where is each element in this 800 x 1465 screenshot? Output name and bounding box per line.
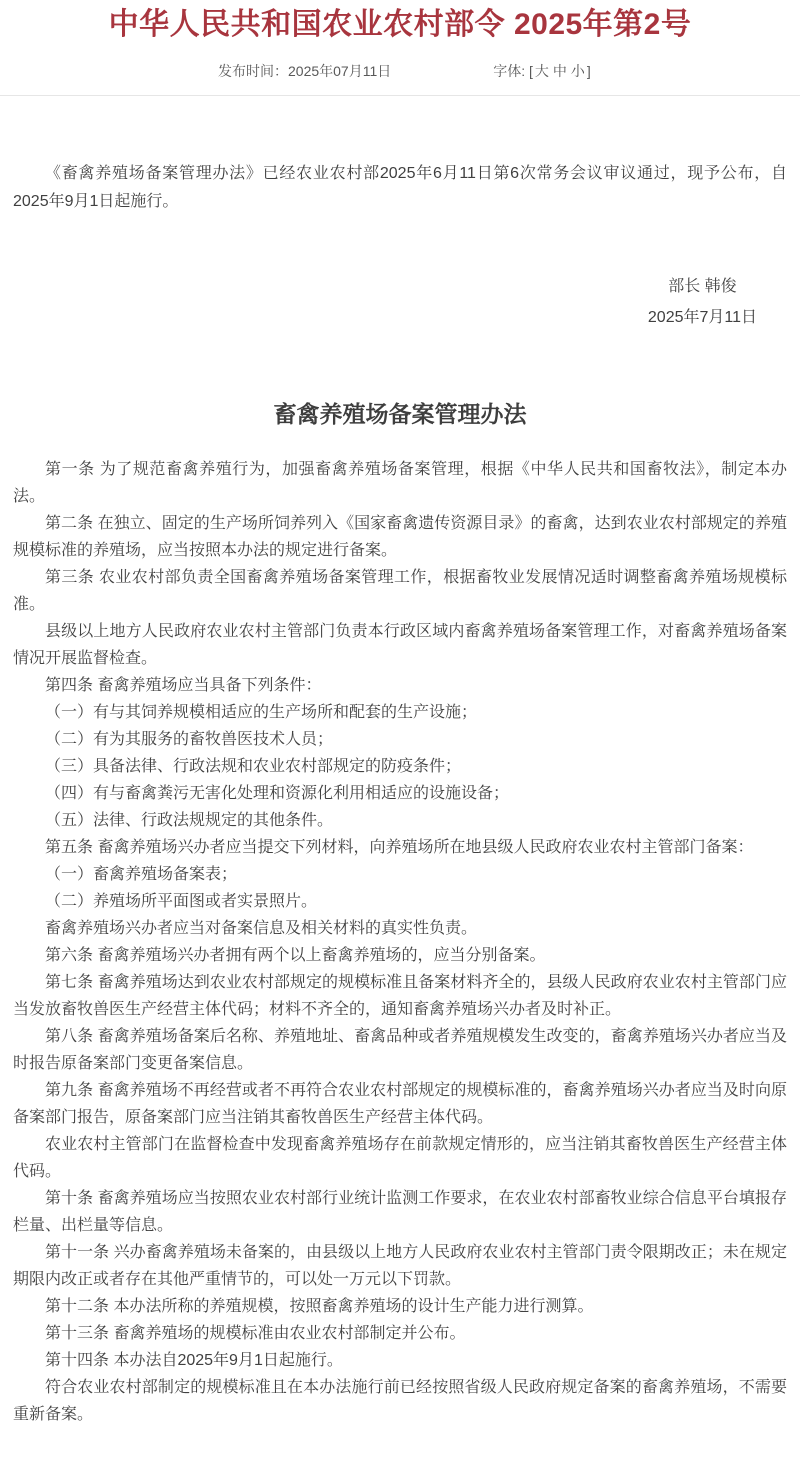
- signature-block: 部长 韩俊 2025年7月11日: [648, 271, 757, 333]
- article-paragraph: 第十四条 本办法自2025年9月1日起施行。: [13, 1347, 787, 1374]
- publish-time-label: 发布时间：: [218, 63, 288, 79]
- article-paragraph: （二）养殖场所平面图或者实景照片。: [13, 888, 787, 915]
- font-options-bracket-open: [: [529, 63, 533, 79]
- article-paragraph: 第九条 畜禽养殖场不再经营或者不再符合农业农村部规定的规模标准的，畜禽养殖场兴办…: [13, 1077, 787, 1131]
- publish-time: 发布时间：2025年07月11日: [218, 62, 391, 80]
- article-paragraph: 第四条 畜禽养殖场应当具备下列条件：: [13, 672, 787, 699]
- article-paragraph: （四）有与畜禽粪污无害化处理和资源化利用相适应的设施设备；: [13, 780, 787, 807]
- font-size-option-small[interactable]: 小: [571, 63, 585, 79]
- publish-date: 2025年07月11日: [288, 63, 391, 79]
- page-title: 中华人民共和国农业农村部令 2025年第2号: [0, 0, 800, 43]
- article-paragraph: 第七条 畜禽养殖场达到农业农村部规定的规模标准且备案材料齐全的，县级人民政府农业…: [13, 969, 787, 1023]
- document-page: 中华人民共和国农业农村部令 2025年第2号 发布时间：2025年07月11日 …: [0, 0, 800, 1438]
- document-content: 《畜禽养殖场备案管理办法》已经农业农村部2025年6月11日第6次常务会议审议通…: [0, 160, 800, 1428]
- preamble-paragraph: 《畜禽养殖场备案管理办法》已经农业农村部2025年6月11日第6次常务会议审议通…: [13, 160, 787, 216]
- article-paragraph: （三）具备法律、行政法规和农业农村部规定的防疫条件；: [13, 753, 787, 780]
- font-options-bracket-close: ]: [587, 63, 591, 79]
- articles-section: 第一条 为了规范畜禽养殖行为，加强畜禽养殖场备案管理，根据《中华人民共和国畜牧法…: [13, 456, 787, 1428]
- article-paragraph: 第十三条 畜禽养殖场的规模标准由农业农村部制定并公布。: [13, 1320, 787, 1347]
- article-paragraph: 第十条 畜禽养殖场应当按照农业农村部行业统计监测工作要求，在农业农村部畜牧业综合…: [13, 1185, 787, 1239]
- article-paragraph: 第五条 畜禽养殖场兴办者应当提交下列材料，向养殖场所在地县级人民政府农业农村主管…: [13, 834, 787, 861]
- signature-date: 2025年7月11日: [648, 302, 757, 333]
- font-size-option-medium[interactable]: 中: [553, 63, 567, 79]
- article-paragraph: 第十一条 兴办畜禽养殖场未备案的，由县级以上地方人民政府农业农村主管部门责令限期…: [13, 1239, 787, 1293]
- article-paragraph: 第二条 在独立、固定的生产场所饲养列入《国家畜禽遗传资源目录》的畜禽，达到农业农…: [13, 510, 787, 564]
- article-paragraph: 畜禽养殖场兴办者应当对备案信息及相关材料的真实性负责。: [13, 915, 787, 942]
- signature-name: 部长 韩俊: [648, 271, 757, 302]
- meta-row: 发布时间：2025年07月11日 字体: [大中小]: [0, 62, 800, 80]
- article-paragraph: 第六条 畜禽养殖场兴办者拥有两个以上畜禽养殖场的，应当分别备案。: [13, 942, 787, 969]
- header-divider: [0, 95, 800, 96]
- article-paragraph: （一）畜禽养殖场备案表；: [13, 861, 787, 888]
- article-paragraph: （五）法律、行政法规规定的其他条件。: [13, 807, 787, 834]
- article-paragraph: 符合农业农村部制定的规模标准且在本办法施行前已经按照省级人民政府规定备案的畜禽养…: [13, 1374, 787, 1428]
- article-paragraph: 第三条 农业农村部负责全国畜禽养殖场备案管理工作，根据畜牧业发展情况适时调整畜禽…: [13, 564, 787, 618]
- law-title: 畜禽养殖场备案管理办法: [13, 399, 787, 429]
- article-paragraph: 县级以上地方人民政府农业农村主管部门负责本行政区域内畜禽养殖场备案管理工作，对畜…: [13, 618, 787, 672]
- article-paragraph: 第十二条 本办法所称的养殖规模，按照畜禽养殖场的设计生产能力进行测算。: [13, 1293, 787, 1320]
- font-size-option-large[interactable]: 大: [535, 63, 549, 79]
- article-paragraph: 农业农村主管部门在监督检查中发现畜禽养殖场存在前款规定情形的，应当注销其畜牧兽医…: [13, 1131, 787, 1185]
- article-paragraph: 第一条 为了规范畜禽养殖行为，加强畜禽养殖场备案管理，根据《中华人民共和国畜牧法…: [13, 456, 787, 510]
- article-paragraph: （二）有为其服务的畜牧兽医技术人员；: [13, 726, 787, 753]
- article-paragraph: 第八条 畜禽养殖场备案后名称、养殖地址、畜禽品种或者养殖规模发生改变的，畜禽养殖…: [13, 1023, 787, 1077]
- font-size-label: 字体:: [493, 63, 525, 79]
- font-size-control: 字体: [大中小]: [493, 62, 591, 80]
- article-paragraph: （一）有与其饲养规模相适应的生产场所和配套的生产设施；: [13, 699, 787, 726]
